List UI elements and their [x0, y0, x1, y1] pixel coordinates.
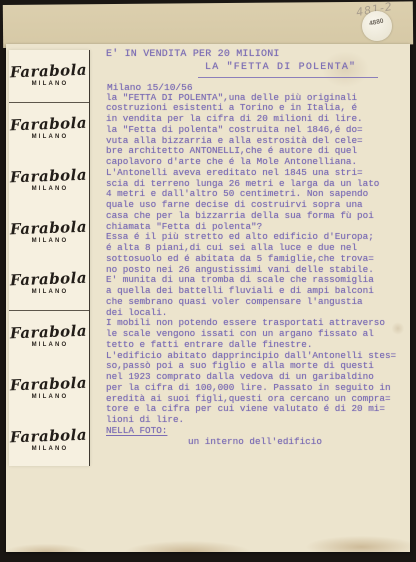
farabola-stamp-logo: Farabola — [10, 324, 88, 342]
document-title-line1: E' IN VENDITA PER 20 MILIONI — [106, 49, 408, 60]
typed-document: E' IN VENDITA PER 20 MILIONI LA "FETTA D… — [106, 49, 408, 73]
farabola-stamp-city: MILANO — [30, 394, 69, 400]
caption-label: NELLA FOTO: — [106, 426, 396, 437]
body-line: la "Fetta di polenta" costruita nel 1846… — [106, 125, 396, 136]
caption-text: un interno dell'edificio — [188, 437, 396, 448]
farabola-stamp-logo: Farabola — [10, 63, 88, 81]
farabola-stamp-logo: Farabola — [10, 427, 88, 445]
farabola-stamp-city: MILANO — [30, 342, 69, 348]
farabola-stamp-city: MILANO — [30, 81, 69, 87]
stamp-cell: Farabola MILANO — [9, 311, 89, 363]
body-line: L'Antonelli aveva ereditato nel 1845 una… — [106, 168, 396, 179]
archive-sticker: 4880 — [362, 11, 392, 41]
farabola-stamp-logo: Farabola — [10, 376, 88, 394]
farabola-stamp-city: MILANO — [30, 134, 69, 140]
stamp-cell: Farabola MILANO — [9, 206, 89, 258]
body-line: tetto e fatti entrare dalle finestre. — [106, 340, 396, 351]
body-lines: la "FETTA DI POLENTA",una delle più orig… — [106, 93, 396, 426]
body-line: per la cifra di 100,000 lire. Passato in… — [106, 383, 396, 394]
stamp-strip: Farabola MILANO Farabola MILANO Farabola… — [9, 50, 90, 466]
sticker-number: 4880 — [368, 17, 384, 27]
stamp-cell: Farabola MILANO — [9, 155, 89, 207]
backing-paper-band — [3, 1, 413, 48]
farabola-stamp-logo: Farabola — [10, 271, 88, 289]
body-line: casa che per la bizzarria della sua form… — [106, 211, 396, 222]
farabola-stamp-logo: Farabola — [10, 219, 88, 237]
document-title-line2: LA "FETTA DI POLENTA" — [205, 62, 408, 73]
farabola-stamp-city: MILANO — [30, 186, 69, 192]
stamp-cell: Farabola MILANO — [9, 50, 89, 103]
photo-scan: 481-2 4880 Farabola MILANO Farabola MILA… — [0, 0, 416, 562]
farabola-stamp-city: MILANO — [30, 289, 69, 295]
title-underline — [198, 77, 378, 78]
stamp-cell: Farabola MILANO — [9, 103, 89, 155]
body-text: la "FETTA DI POLENTA",una delle più orig… — [106, 93, 396, 448]
farabola-stamp-logo: Farabola — [10, 116, 88, 134]
body-line: sottosuolo ed é abitata da 5 famiglie,ch… — [106, 254, 396, 265]
body-line: che sembrano quasi voler compensare l'an… — [106, 297, 396, 308]
farabola-stamp-city: MILANO — [30, 238, 69, 244]
farabola-stamp-logo: Farabola — [10, 168, 88, 186]
stamp-cell: Farabola MILANO — [9, 363, 89, 415]
stamp-cell: Farabola MILANO — [9, 414, 89, 466]
stamp-cell: Farabola MILANO — [9, 258, 89, 311]
farabola-stamp-city: MILANO — [30, 446, 69, 452]
